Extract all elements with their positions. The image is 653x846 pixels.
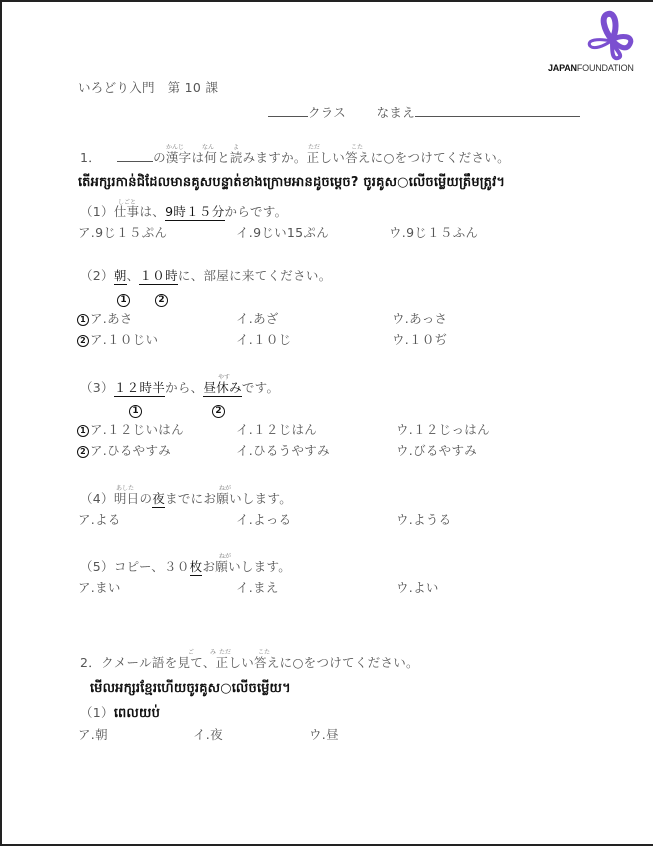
option-i[interactable]: イ.よっる <box>236 512 291 528</box>
option-u[interactable]: ウ.9じ１５ふん <box>389 225 478 241</box>
section1-khmer-instruction: តើអក្សរកាន់ជិដែលមានគូសបន្ទាត់ខាងក្រោមអាន… <box>78 174 505 193</box>
section2-instruction-text: クメール語を見て、正しい答えに○をつけてください。 <box>101 655 419 670</box>
underlined-target: １０時 <box>139 268 177 285</box>
furigana: しごと <box>118 197 136 206</box>
option-i[interactable]: イ.１０じ <box>236 332 291 348</box>
option-u[interactable]: ウ.１０ぢ <box>392 332 447 348</box>
section2-khmer-instruction: មើលអក្សរខ្មែរហើយចូរគូស○លើចម្លើយ។ <box>90 680 291 699</box>
option-a[interactable]: ア.まい <box>78 580 121 596</box>
furigana: ねが <box>219 483 231 492</box>
answer-row-2: 2ア.ひるやすみ <box>77 443 171 459</box>
furigana: ただ <box>219 647 231 656</box>
class-name-line: クラス なまえ <box>268 105 580 121</box>
class-blank[interactable] <box>268 116 308 117</box>
marker-1: 1 <box>117 290 131 309</box>
name-blank[interactable] <box>415 116 580 117</box>
option-u[interactable]: ウ.１２じっはん <box>396 422 490 438</box>
underlined-target: 枚 <box>190 559 203 576</box>
underlined-target: １２時半 <box>114 380 165 397</box>
marker-2: 2 <box>155 290 169 309</box>
option-a[interactable]: ア.9じ１５ぷん <box>78 225 167 241</box>
furigana: よ <box>233 142 239 151</box>
class-label: クラス <box>308 105 346 120</box>
furigana: ただ <box>308 142 320 151</box>
furigana: なん <box>202 142 214 151</box>
course-title: いろどり入門 第 10 課 <box>78 80 218 96</box>
option-i[interactable]: イ.夜 <box>193 727 223 743</box>
question-2-1: （1）ពេលយប់ <box>80 705 160 722</box>
name-label: なまえ <box>377 105 415 120</box>
question-1-2: （2）朝、１０時に、部屋に来てください。 <box>80 268 332 284</box>
option-a[interactable]: ア.１２じいはん <box>90 422 184 437</box>
question-1-4: （4）明日の夜までにお願いします。 <box>80 491 292 507</box>
answer-row-1: 1ア.あさ <box>77 311 133 327</box>
section2-instruction: 2．クメール語を見て、正しい答えに○をつけてください。 <box>80 655 419 671</box>
option-u[interactable]: ウ.びるやすみ <box>396 443 477 459</box>
option-i[interactable]: イ.9じい15ぷん <box>236 225 329 241</box>
furigana: こた <box>258 647 270 656</box>
question-1-1: （1）仕事は、9時１５分からです。 <box>80 204 287 220</box>
option-a[interactable]: ア.ひるやすみ <box>90 443 171 458</box>
marker-1: 1 <box>129 401 143 420</box>
section1-instruction: 1．の漢字は何と読みますか。正しい答えに○をつけてください。 <box>80 150 510 166</box>
option-a[interactable]: ア.よる <box>78 512 121 528</box>
option-i[interactable]: イ.あざ <box>236 311 279 327</box>
option-u[interactable]: ウ.あっさ <box>392 311 447 327</box>
khmer-word: ពេលយប់ <box>114 706 160 721</box>
question-1-5: （5）コピー、３０枚お願いします。 <box>80 559 291 575</box>
question-1-3: （3）１２時半から、昼休みです。 <box>80 380 279 396</box>
furigana: こた <box>351 142 363 151</box>
furigana: み <box>210 647 216 656</box>
underlined-target: 朝 <box>114 268 127 285</box>
furigana: ねが <box>219 551 231 560</box>
option-a[interactable]: ア.１０じい <box>90 332 158 347</box>
underlined-target: 9時１５分 <box>165 204 224 221</box>
furigana: ご <box>188 647 194 656</box>
furigana: あした <box>116 483 134 492</box>
answer-row-1: 1ア.１２じいはん <box>77 422 184 438</box>
furigana: やす <box>218 372 230 381</box>
option-a[interactable]: ア.あさ <box>90 311 133 326</box>
option-i[interactable]: イ.まえ <box>236 580 279 596</box>
option-i[interactable]: イ.１２じはん <box>236 422 317 438</box>
furigana: かんじ <box>166 142 184 151</box>
answer-row-2: 2ア.１０じい <box>77 332 158 348</box>
option-u[interactable]: ウ.よい <box>396 580 439 596</box>
underlined-target: 昼休み <box>203 380 241 397</box>
option-a[interactable]: ア.朝 <box>78 727 108 743</box>
option-u[interactable]: ウ.昼 <box>309 727 339 743</box>
logo-wordmark: JAPANFOUNDATION <box>548 63 634 73</box>
option-u[interactable]: ウ.ようる <box>396 512 451 528</box>
section1-instruction-text: の漢字は何と読みますか。正しい答えに○をつけてください。 <box>153 150 510 165</box>
underlined-target: 夜 <box>152 491 165 508</box>
option-i[interactable]: イ.ひるうやすみ <box>236 443 330 459</box>
marker-2: 2 <box>212 401 226 420</box>
